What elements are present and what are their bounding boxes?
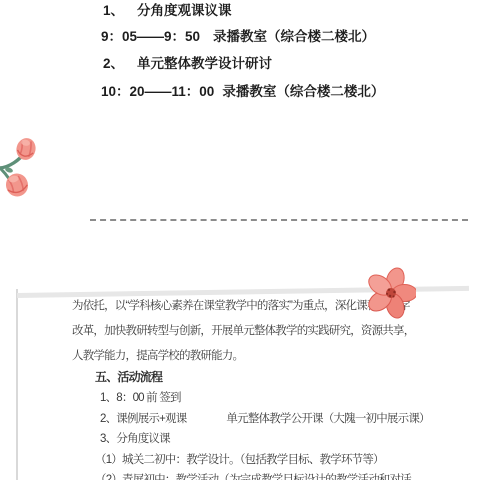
section-heading: 五、活动流程 bbox=[95, 370, 162, 384]
flow-item: 3、分角度议课 bbox=[100, 432, 170, 446]
page-left-edge bbox=[16, 289, 18, 480]
schedule-item-number: 2、 bbox=[103, 56, 137, 72]
flow-item: 2、课例展示+观课 单元整体教学公开课（大隗一初中展示课） bbox=[100, 412, 430, 426]
schedule-item-number: 1、 bbox=[103, 3, 137, 19]
flow-item: 1、8：00 前 签到 bbox=[100, 391, 181, 405]
schedule-item-title: 分角度观课议课 bbox=[137, 3, 232, 19]
schedule-item-time: 9：05——9：50 bbox=[101, 29, 205, 45]
flow-item-left: 2、课例展示+观课 bbox=[100, 412, 186, 426]
paragraph-line: 改革，加快教研转型与创新，开展单元整体教学的实践研究，资源共享， bbox=[72, 324, 414, 338]
schedule-row: 2、 单元整体教学设计研讨 bbox=[103, 56, 272, 72]
paragraph-line: 为依托，以“学科核心素养在课堂教学中的落实”为重点，深化课程、教学 bbox=[72, 299, 410, 313]
schedule-item-location: 录播教室（综合楼二楼北） bbox=[222, 84, 384, 100]
paragraph-line: 人教学能力，提高学校的教研能力。 bbox=[72, 349, 243, 363]
schedule-item-title: 单元整体教学设计研讨 bbox=[137, 56, 272, 72]
schedule-row: 10：20——11：00 录播教室（综合楼二楼北） bbox=[101, 84, 384, 100]
flow-item-right: 单元整体教学公开课（大隗一初中展示课） bbox=[226, 412, 429, 426]
schedule-row: 1、 分角度观课议课 bbox=[103, 3, 232, 19]
schedule-item-location: 录播教室（综合楼二楼北） bbox=[213, 29, 375, 45]
dashed-divider bbox=[90, 219, 468, 221]
article-page: 1、 分角度观课议课 9：05——9：50 录播教室（综合楼二楼北） 2、 单元… bbox=[0, 0, 480, 480]
tulip-flowers-icon bbox=[0, 137, 40, 204]
flow-item-clipped: （2）青屏初中：教学活动（为完成教学目标设计的教学活动和对话 bbox=[95, 473, 411, 480]
blossom-flower-icon bbox=[366, 264, 416, 325]
schedule-item-time: 10：20——11：00 bbox=[101, 84, 214, 100]
schedule-row: 9：05——9：50 录播教室（综合楼二楼北） bbox=[101, 29, 375, 45]
flow-item: （1）城关二初中：教学设计。（包括教学目标、教学环节等） bbox=[95, 453, 384, 467]
